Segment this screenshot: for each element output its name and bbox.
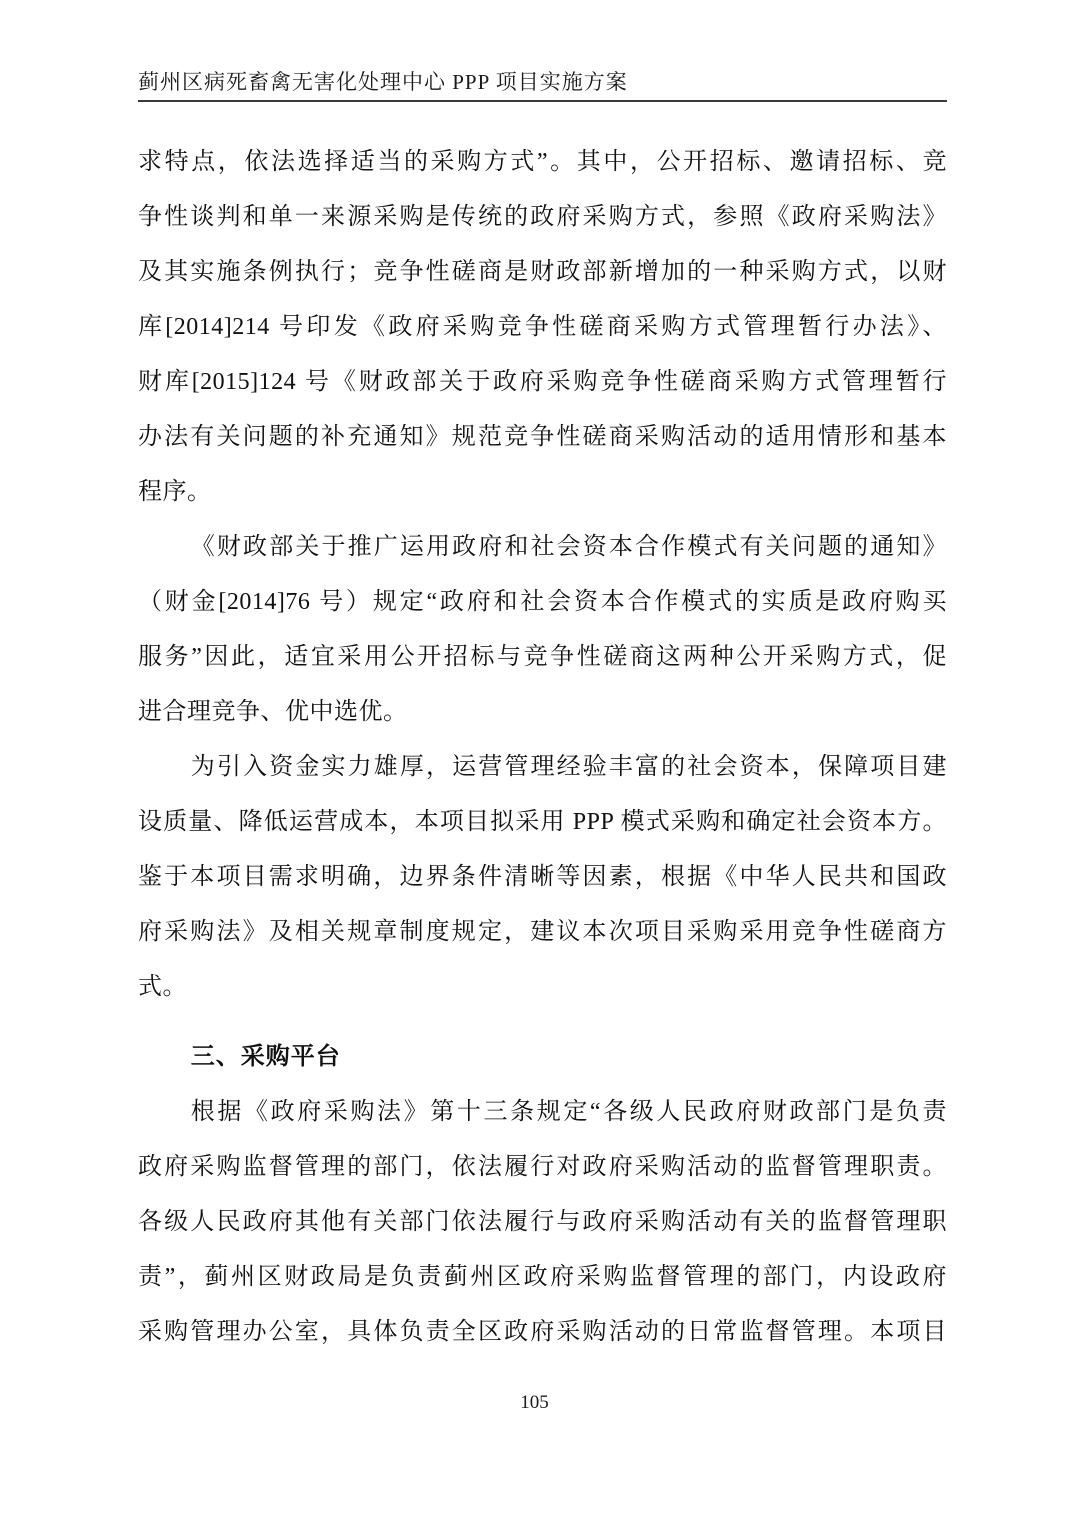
text-line: 根据《政府采购法》第十三条规定“各级人民政府财政部门是负责 — [138, 1085, 947, 1140]
text-line: 财库[2015]124 号《财政部关于政府采购竞争性磋商采购方式管理暂行 — [138, 355, 947, 410]
text-line: 及其实施条例执行；竞争性磋商是财政部新增加的一种采购方式，以财 — [138, 245, 947, 300]
text-line: 为引入资金实力雄厚，运营管理经验丰富的社会资本，保障项目建 — [138, 740, 947, 795]
text-line: 办法有关问题的补充通知》规范竞争性磋商采购活动的适用情形和基本 — [138, 410, 947, 465]
text-line: 求特点，依法选择适当的采购方式”。其中，公开招标、邀请招标、竞 — [138, 135, 947, 190]
text-line: 程序。 — [138, 465, 947, 520]
text-line: 各级人民政府其他有关部门依法履行与政府采购活动有关的监督管理职 — [138, 1195, 947, 1250]
paragraph: 求特点，依法选择适当的采购方式”。其中，公开招标、邀请招标、竞争性谈判和单一来源… — [138, 135, 947, 520]
text-line: 库[2014]214 号印发《政府采购竞争性磋商采购方式管理暂行办法》、 — [138, 300, 947, 355]
section-heading: 三、采购平台 — [138, 1030, 947, 1085]
paragraph: 根据《政府采购法》第十三条规定“各级人民政府财政部门是负责政府采购监督管理的部门… — [138, 1085, 947, 1360]
document-body: 求特点，依法选择适当的采购方式”。其中，公开招标、邀请招标、竞争性谈判和单一来源… — [138, 135, 947, 1360]
page-header: 蓟州区病死畜禽无害化处理中心 PPP 项目实施方案 — [138, 0, 947, 102]
text-line: 采购管理办公室，具体负责全区政府采购活动的日常监督管理。本项目 — [138, 1305, 947, 1360]
page-number: 105 — [520, 1392, 549, 1413]
text-line: 式。 — [138, 960, 947, 1015]
text-line: 鉴于本项目需求明确，边界条件清晰等因素，根据《中华人民共和国政 — [138, 850, 947, 905]
text-line: 《财政部关于推广运用政府和社会资本合作模式有关问题的通知》 — [138, 520, 947, 575]
text-line: （财金[2014]76 号）规定“政府和社会资本合作模式的实质是政府购买 — [138, 575, 947, 630]
page-footer: 105 — [0, 1392, 1069, 1414]
document-page: 蓟州区病死畜禽无害化处理中心 PPP 项目实施方案 求特点，依法选择适当的采购方… — [0, 0, 1069, 1514]
paragraph: 《财政部关于推广运用政府和社会资本合作模式有关问题的通知》（财金[2014]76… — [138, 520, 947, 740]
text-line: 设质量、降低运营成本，本项目拟采用 PPP 模式采购和确定社会资本方。 — [138, 795, 947, 850]
text-line: 府采购法》及相关规章制度规定，建议本次项目采购采用竞争性磋商方 — [138, 905, 947, 960]
text-line: 责”，蓟州区财政局是负责蓟州区政府采购监督管理的部门，内设政府 — [138, 1250, 947, 1305]
text-line: 政府采购监督管理的部门，依法履行对政府采购活动的监督管理职责。 — [138, 1140, 947, 1195]
text-line: 争性谈判和单一来源采购是传统的政府采购方式，参照《政府采购法》 — [138, 190, 947, 245]
text-line: 进合理竞争、优中选优。 — [138, 685, 947, 740]
header-title: 蓟州区病死畜禽无害化处理中心 PPP 项目实施方案 — [138, 70, 947, 94]
text-line: 三、采购平台 — [138, 1030, 947, 1085]
text-line: 服务”因此，适宜采用公开招标与竞争性磋商这两种公开采购方式，促 — [138, 630, 947, 685]
paragraph: 为引入资金实力雄厚，运营管理经验丰富的社会资本，保障项目建设质量、降低运营成本，… — [138, 740, 947, 1015]
